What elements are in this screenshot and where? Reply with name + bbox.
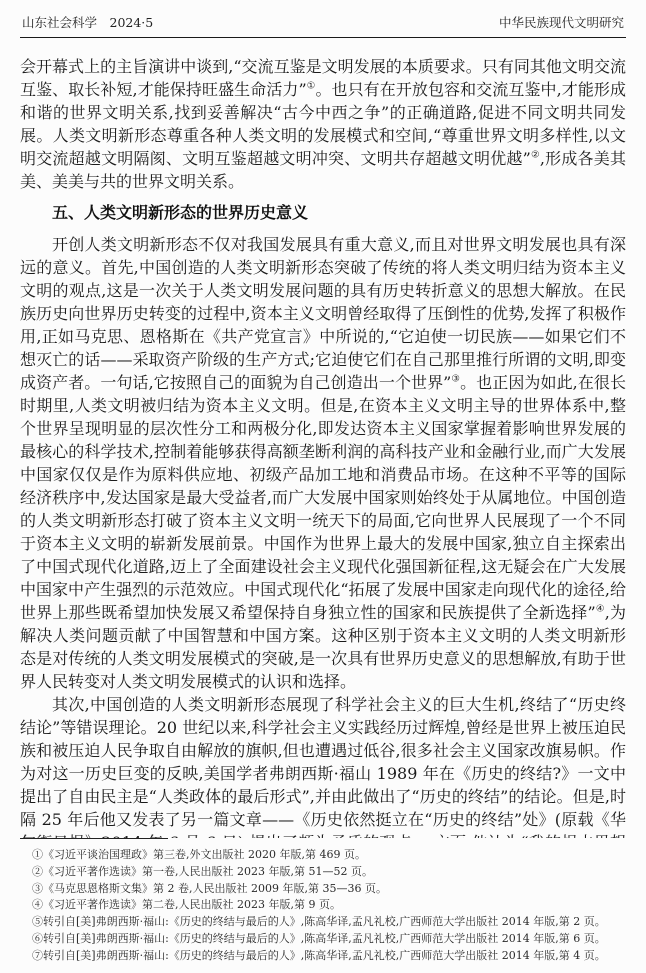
paragraph-first: 开创人类文明新形态不仅对我国发展具有重大意义,而且对世界文明发展也具有深远的意义…	[20, 233, 626, 693]
footnote-item: ⑦转引自[美]弗朗西斯·福山:《历史的终结与最后的人》,陈高华译,孟凡礼校,广西…	[32, 948, 628, 965]
paragraph-continuation: 会开幕式上的主旨演讲中谈到,“交流互鉴是文明发展的本质要求。只有同其他文明交流互…	[20, 55, 626, 193]
article-body: 会开幕式上的主旨演讲中谈到,“交流互鉴是文明发展的本质要求。只有同其他文明交流互…	[20, 55, 626, 946]
journal-name: 山东社会科学 2024·5	[22, 14, 153, 32]
header-rule	[20, 37, 626, 38]
section-heading: 五、人类文明新形态的世界历史意义	[20, 201, 626, 225]
footnote-separator	[20, 838, 168, 839]
footnote-item: ④《习近平著作选读》第二卷,人民出版社 2023 年版,第 9 页。	[32, 897, 628, 914]
journal-page: 山东社会科学 2024·5 中华民族现代文明研究 会开幕式上的主旨演讲中谈到,“…	[0, 0, 646, 973]
footnote-item: ⑤转引自[美]弗朗西斯·福山:《历史的终结与最后的人》,陈高华译,孟凡礼校,广西…	[32, 914, 628, 931]
footnote-item: ①《习近平谈治国理政》第三卷,外文出版社 2020 年版,第 469 页。	[32, 847, 628, 864]
column-title: 中华民族现代文明研究	[499, 14, 624, 32]
footnote-item: ②《习近平著作选读》第一卷,人民出版社 2023 年版,第 51—52 页。	[32, 864, 628, 881]
footnote-item: ⑥转引自[美]弗朗西斯·福山:《历史的终结与最后的人》,陈高华译,孟凡礼校,广西…	[32, 931, 628, 948]
footnote-list: ①《习近平谈治国理政》第三卷,外文出版社 2020 年版,第 469 页。 ②《…	[20, 847, 628, 965]
footnotes-section: ①《习近平谈治国理政》第三卷,外文出版社 2020 年版,第 469 页。 ②《…	[20, 838, 628, 973]
footnote-item: ③《马克思恩格斯文集》第 2 卷,人民出版社 2009 年版,第 35—36 页…	[32, 881, 628, 898]
page-header: 山东社会科学 2024·5 中华民族现代文明研究	[20, 12, 626, 32]
